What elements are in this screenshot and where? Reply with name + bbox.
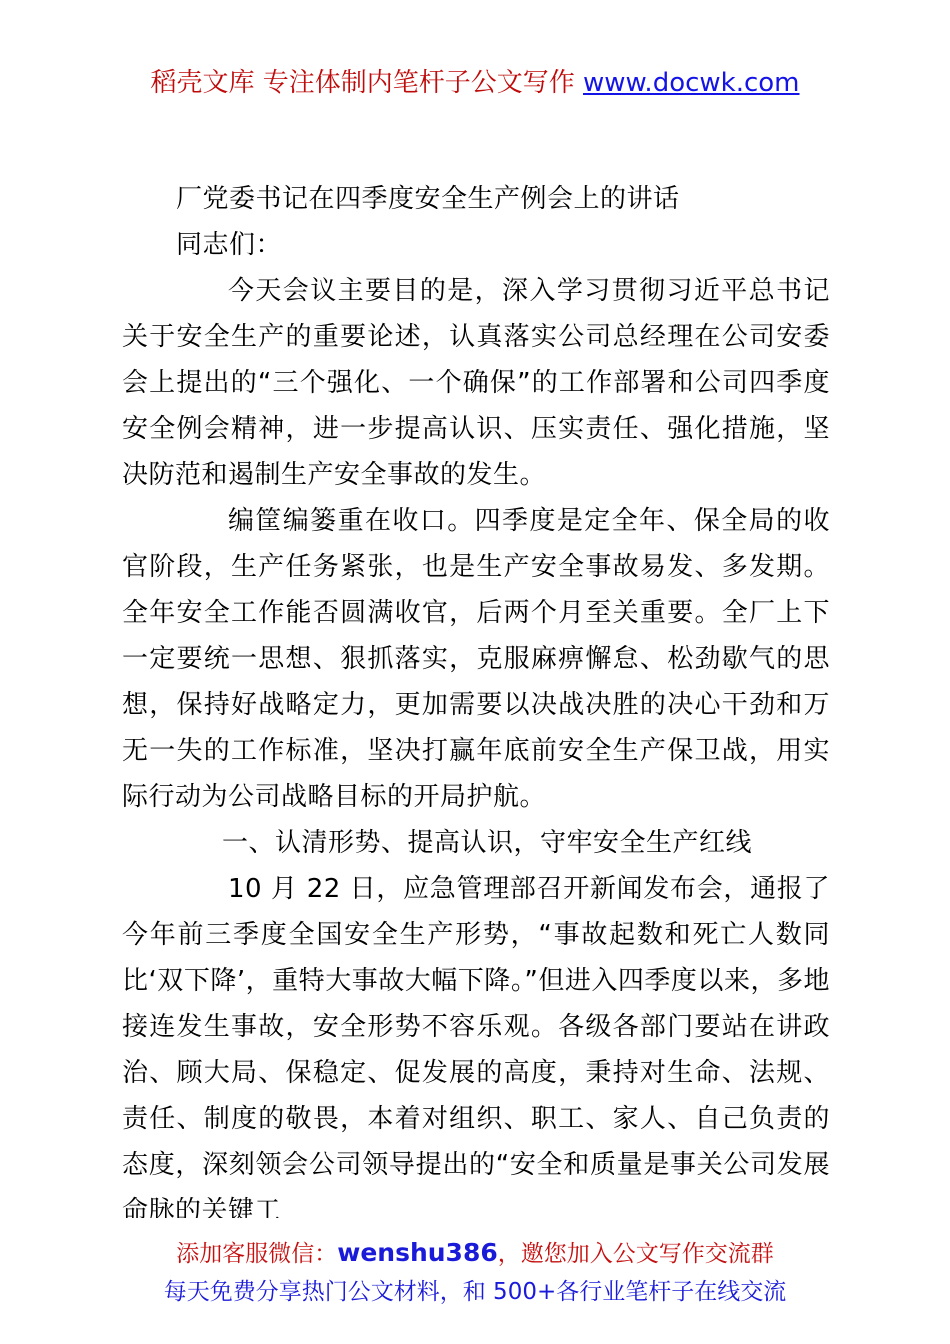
paragraph-3: 10 月 22 日，应急管理部召开新闻发布会，通报了今年前三季度全国安全生产形势… — [122, 866, 830, 1218]
footer-line1-prefix: 添加客服微信： — [176, 1241, 337, 1267]
brand-tagline: 稻壳文库 专注体制内笔杆子公文写作 — [150, 68, 583, 98]
footer-line1-suffix: ，邀您加入公文写作交流群 — [498, 1241, 774, 1267]
wechat-id: wenshu386 — [337, 1238, 498, 1267]
website-link[interactable]: www.docwk.com — [583, 68, 800, 98]
footer-line-2: 每天免费分享热门公文材料，和 500+各行业笔杆子在线交流 — [0, 1273, 950, 1311]
promo-footer: 添加客服微信：wenshu386，邀您加入公文写作交流群 每天免费分享热门公文材… — [0, 1234, 950, 1311]
salutation: 同志们： — [122, 222, 830, 268]
document-title: 厂党委书记在四季度安全生产例会上的讲话 — [122, 176, 830, 222]
promo-header: 稻壳文库 专注体制内笔杆子公文写作 www.docwk.com — [0, 66, 950, 100]
paragraph-2: 编筐编篓重在收口。四季度是定全年、保全局的收官阶段，生产任务紧张，也是生产安全事… — [122, 498, 830, 820]
footer-line-1: 添加客服微信：wenshu386，邀您加入公文写作交流群 — [0, 1234, 950, 1273]
document-body: 厂党委书记在四季度安全生产例会上的讲话 同志们： 今天会议主要目的是，深入学习贯… — [122, 176, 830, 1218]
paragraph-1: 今天会议主要目的是，深入学习贯彻习近平总书记关于安全生产的重要论述，认真落实公司… — [122, 268, 830, 498]
section-heading-1: 一、认清形势、提高认识，守牢安全生产红线 — [122, 820, 830, 866]
document-page: 稻壳文库 专注体制内笔杆子公文写作 www.docwk.com 厂党委书记在四季… — [0, 0, 950, 1344]
